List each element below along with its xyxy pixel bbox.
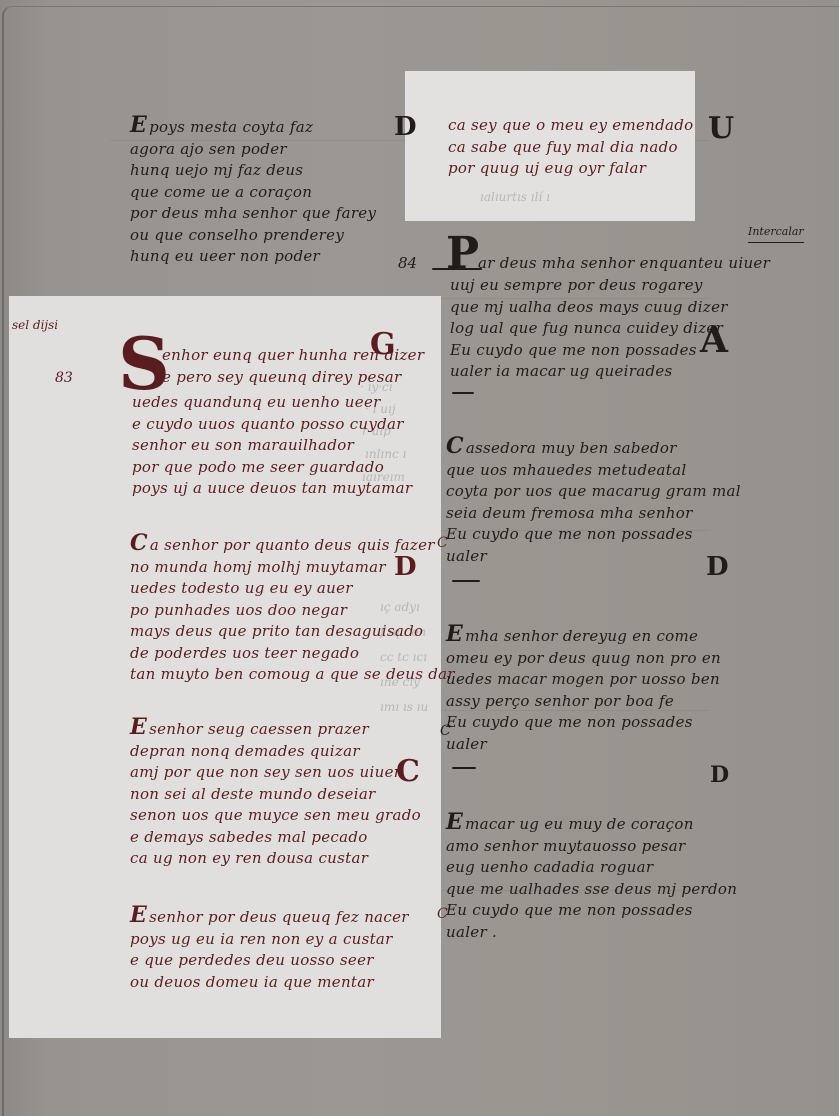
stanza-initial: E [130,714,147,740]
verse-line: hunq eu ueer non poder [130,246,376,268]
verse-line: coyta por uos que macarug gram mal [446,481,741,503]
verse-line: por que podo me seer guardado [132,457,412,479]
verse-line: poys uj a uuce deuos tan muytamar [132,478,412,500]
verse-line: ualer . [446,922,737,944]
verse-line: e que perdedes deu uosso seer [130,950,409,972]
stanza-83-4: Esenhor por deus queuq fez nacer poys ug… [130,905,409,993]
verse-line: Esenhor por deus queuq fez nacer [130,905,409,929]
verse-line: amo senhor muytauosso pesar [446,836,737,858]
margin-poem-number-83: 83 [55,370,73,386]
verse-line: Eu cuydo que me non possades [450,340,728,362]
verse-line: omeu ey por deus quug non pro en [446,648,721,670]
verse-line: Epoys mesta coyta faz [130,115,376,139]
verse-line: Eu cuydo que me non possades [446,712,721,734]
stanza-initial: C [130,530,148,556]
verse-line: por deus mha senhor que farey [130,203,376,225]
verse-line: assy perço senhor por boa fe [446,691,721,713]
verse-line: ualer [446,734,721,756]
verse-line: e pero sey queunq direy pesar [162,367,424,389]
guide-letter-g: G [370,330,396,360]
verse-line: amj por que non sey sen uos uiuer [130,762,421,784]
guide-letter-u: U [708,114,734,144]
stanza-initial: C [446,433,464,459]
refrain-marker: C [437,535,448,551]
verse-line: Eu cuydo que me non possades [446,900,737,922]
stanza-83-1-body: uedes quandunq eu uenho ueer e cuydo uuo… [132,392,412,500]
refrain-marker: C [437,906,448,922]
verse-line: ca ug non ey ren dousa custar [130,848,421,870]
verse-line: Emha senhor dereyug en come [446,624,721,648]
guide-letter-d: D [706,554,729,580]
verse-line: uedes quandunq eu uenho ueer [132,392,412,414]
verse-line: ca sey que o meu ey emendado [448,115,694,137]
verse-line: poys ug eu ia ren non ey a custar [130,929,409,951]
guide-letter-a: A [700,322,728,358]
show-through-text: ımı ıs ıu [380,700,428,714]
refrain-underline [452,767,476,769]
verse-line: uuj eu sempre por deus rogarey [450,275,728,297]
stanza-top-right: ca sey que o meu ey emendado ca sabe que… [448,115,694,180]
manuscript-page: · ıy·cı · ı uıj r uıp ınlınc ı ıaıreım ı… [0,0,839,1116]
verse-line: po punhades uos doo negar [130,600,455,622]
verse-line: ca sabe que fuy mal dia nado [448,137,694,159]
verse-line: hunq uejo mj faz deus [130,160,376,182]
verse-line: que uos mhauedes metudeatal [446,460,741,482]
verse-line: uedes macar mogen por uosso ben [446,669,721,691]
stanza-top-left: Epoys mesta coyta faz agora ajo sen pode… [130,115,376,268]
verse-line: por quug uj eug oyr falar [448,158,694,180]
verse-line: agora ajo sen poder [130,139,376,161]
margin-note-intercalar: Intercalar [748,225,804,243]
verse-line: que mj ualha deos mays cuug dizer [450,297,728,319]
verse-line: ar deus mha senhor enquanteu uiuer [478,253,770,275]
stanza-initial: E [130,112,147,138]
verse-line: de poderdes uos teer negado [130,643,455,665]
margin-poem-number-84: 84 [398,254,417,272]
verse-line: eug uenho cadadia roguar [446,857,737,879]
initial-underline [432,268,482,270]
verse-line: tan muyto ben comoug a que se deus dar [130,664,455,686]
stanza-84-1-head: ar deus mha senhor enquanteu uiuer [478,253,770,275]
verse-line: e demays sabedes mal pecado [130,827,421,849]
verse-line: que come ue a coraçon [130,182,376,204]
verse-line: ualer [446,546,741,568]
verse-line: log ual que fug nunca cuidey dizer [450,318,728,340]
show-through-text: ıalıurtıs ılí ı [480,190,550,204]
refrain-marker: C [440,723,451,739]
verse-line: Esenhor seug caessen prazer [130,717,421,741]
verse-line: Emacar ug eu muy de coraçon [446,812,737,836]
stanza-initial: E [446,809,463,835]
stanza-84-4: Emacar ug eu muy de coraçon amo senhor m… [446,812,737,943]
stanza-84-1-body: uuj eu sempre por deus rogarey que mj ua… [450,275,728,383]
verse-line: non sei al deste mundo deseiar [130,784,421,806]
refrain-underline [452,392,474,394]
verse-line: e cuydo uuos quanto posso cuydar [132,414,412,436]
guide-letter-d: D [394,114,417,140]
verse-line: seia deum fremosa mha senhor [446,503,741,525]
stanza-83-3: Esenhor seug caessen prazer depran nonq … [130,717,421,870]
verse-line: senon uos que muyce sen meu grado [130,805,421,827]
guide-letter-d: D [394,554,417,580]
verse-line: mays deus que prito tan desaguisado [130,621,455,643]
verse-line: depran nonq demades quizar [130,741,421,763]
guide-letter-c: C [396,757,420,787]
verse-line: ou que conselho prenderey [130,225,376,247]
stanza-initial: E [446,621,463,647]
verse-line: senhor eu son marauilhador [132,435,412,457]
stanza-initial: E [130,902,147,928]
refrain-underline [452,580,480,582]
verse-line: ualer ia macar ug queirades [450,361,728,383]
verse-line: que me ualhades sse deus mj perdon [446,879,737,901]
margin-note-heading: sel dijsi [12,318,58,332]
stanza-84-3: Emha senhor dereyug en come omeu ey por … [446,624,721,755]
stanza-84-2: Cassedora muy ben sabedor que uos mhaued… [446,436,741,567]
verse-line: ou deuos domeu ia que mentar [130,972,409,994]
verse-line: Eu cuydo que me non possades [446,524,741,546]
verse-line: Cassedora muy ben sabedor [446,436,741,460]
guide-letter-d: D [710,764,729,786]
